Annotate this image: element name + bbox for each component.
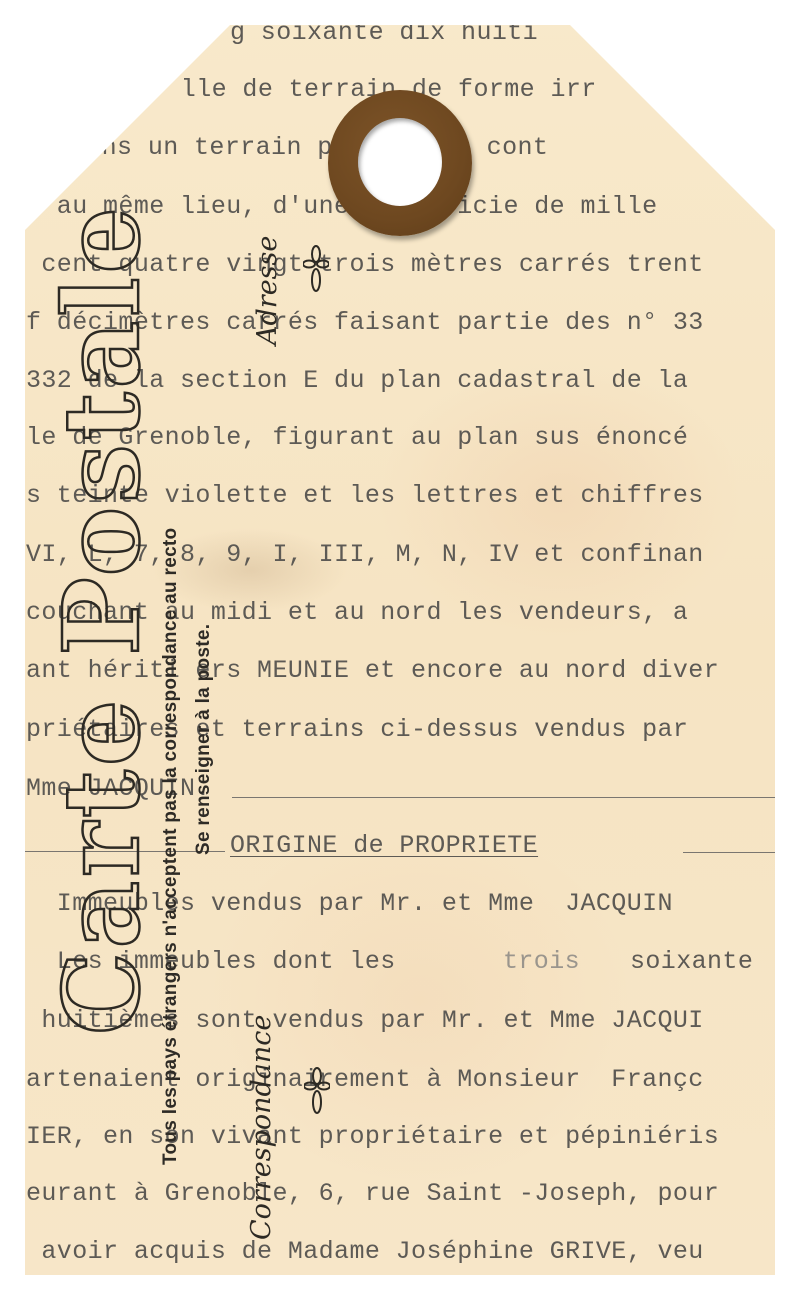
notice-post-office: Se renseigner à la poste.: [193, 624, 215, 855]
typed-line: dans un terrain plus forte cont: [40, 133, 548, 163]
rule-line: [232, 797, 777, 798]
fleuron-ornament-icon: [304, 1066, 330, 1116]
typed-line: artenaient originairement à Monsieur Fra…: [26, 1065, 704, 1095]
address-label: Adresse: [252, 236, 283, 345]
tag-eyelet-icon: [328, 90, 472, 236]
fleuron-ornament-icon: [303, 244, 329, 294]
eyelet-hole: [358, 118, 442, 206]
typed-line: g soixante dix huiti: [230, 18, 538, 48]
rule-line: [683, 852, 777, 853]
typed-line: eurant à Grenoble, 6, rue Saint -Joseph,…: [26, 1179, 719, 1209]
notice-foreign-countries: Tous les pays étrangers n'acceptent pas …: [160, 528, 182, 1165]
carte-postale-title: Carte Postale: [40, 203, 163, 1035]
faint-word: trois: [503, 947, 580, 977]
typed-line: avoir acquis de Madame Joséphine GRIVE, …: [26, 1237, 704, 1267]
typed-line: IER, en son vivant propriétaire et pépin…: [26, 1122, 719, 1152]
section-heading: ORIGINE de PROPRIETE: [230, 831, 538, 861]
typed-word: soixante: [630, 947, 753, 977]
correspondence-label: Correspondance: [246, 1015, 277, 1240]
